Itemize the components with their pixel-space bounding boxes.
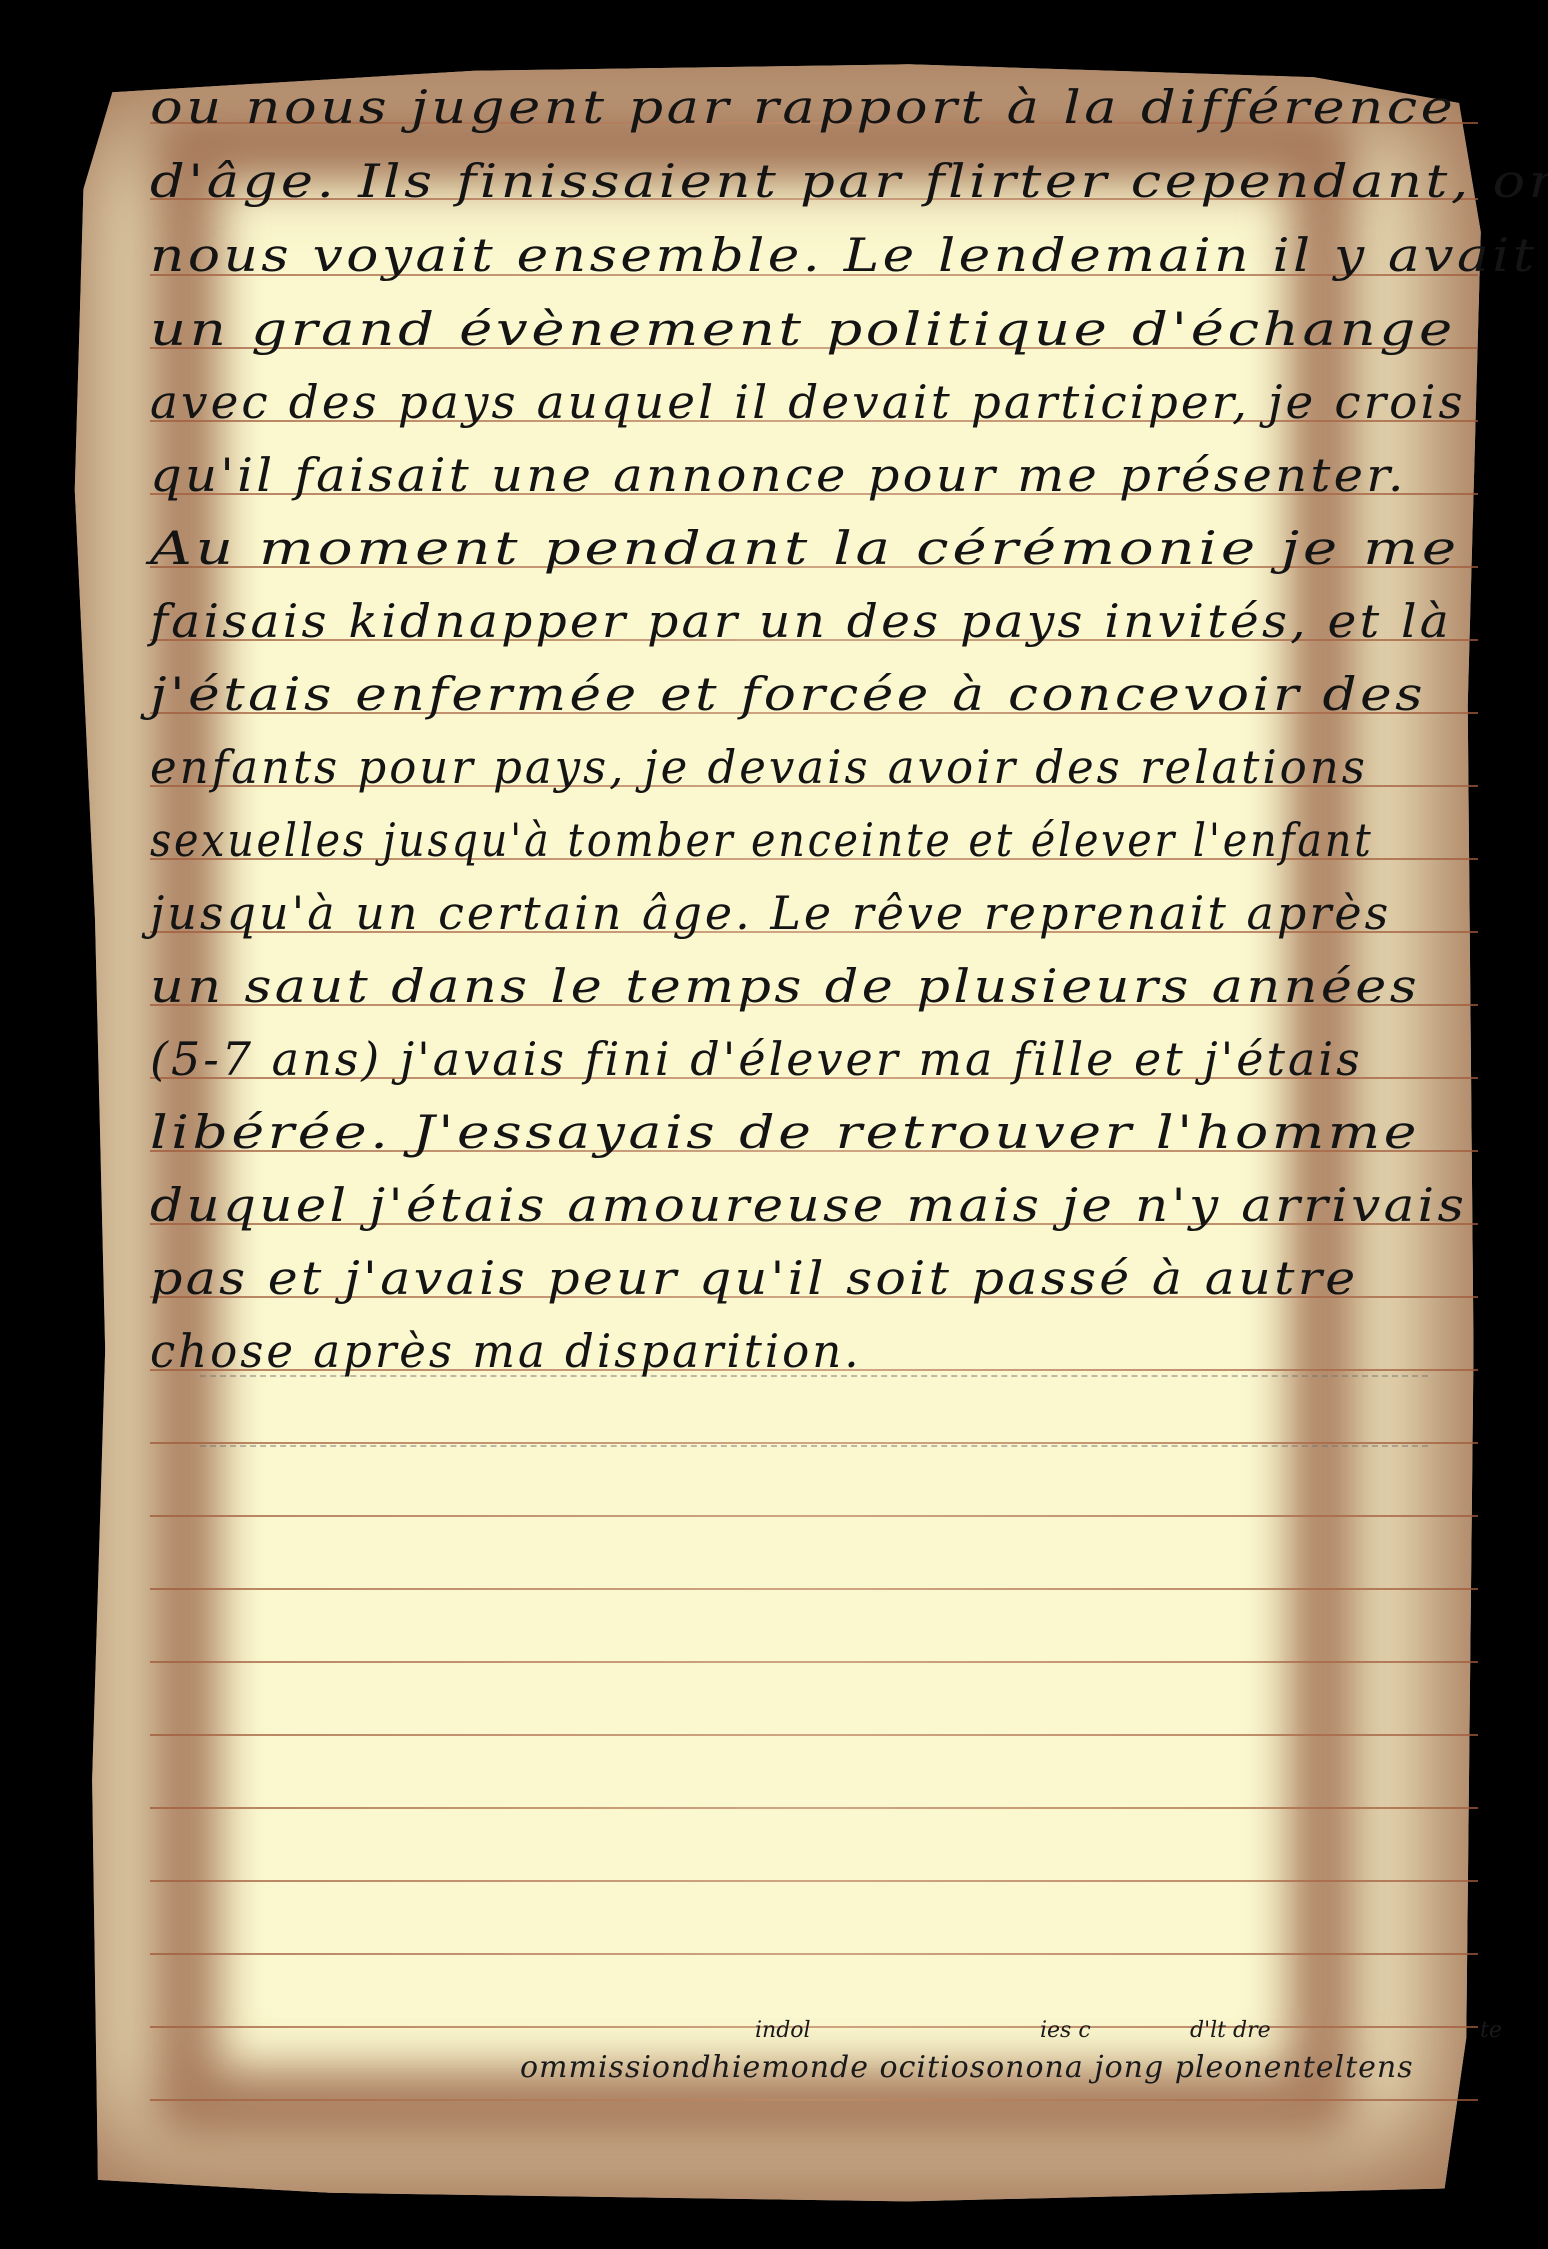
text-line: (5-7 ans) j'avais fini d'élever ma fille… [150,1032,1363,1086]
rule-line [150,1661,1478,1663]
rule-line [150,1953,1478,1955]
text-line: un saut dans le temps de plusieurs année… [150,959,1420,1013]
bottom-scribble: ommissiondhiemonde ocitiosonona jong ple… [520,2050,1414,2085]
text-line: pas et j'avais peur qu'il soit passé à a… [150,1251,1359,1305]
text-line: faisais kidnapper par un des pays invité… [150,594,1452,648]
rule-line [150,1515,1478,1517]
text-line: un grand évènement politique d'échange [150,302,1456,356]
text-line: Au moment pendant la cérémonie je me [150,521,1460,575]
bottom-scribble-fragment: te [1480,2018,1502,2043]
text-line: sexuelles jusqu'à tomber enceinte et éle… [150,813,1373,867]
rule-line [150,2099,1478,2101]
text-line: jusqu'à un certain âge. Le rêve reprenai… [150,886,1391,940]
text-line: avec des pays auquel il devait participe… [150,375,1466,429]
text-line: libérée. J'essayais de retrouver l'homme [150,1105,1420,1159]
text-line: qu'il faisait une annonce pour me présen… [150,448,1407,502]
text-line: enfants pour pays, je devais avoir des r… [150,740,1368,794]
bottom-scribble-fragment: d'lt dre [1190,2018,1271,2043]
rule-line [150,1734,1478,1736]
text-line: chose après ma disparition. [150,1324,861,1378]
text-line: d'âge. Ils finissaient par flirter cepen… [150,154,1548,208]
rule-line [150,1588,1478,1590]
rule-line [150,1880,1478,1882]
rule-line [150,1807,1478,1809]
rule-line [150,2026,1478,2028]
bottom-scribble-fragment: ies c [1040,2018,1091,2043]
text-line: j'étais enfermée et forcée à concevoir d… [150,667,1426,721]
rule-line [150,1442,1478,1444]
guide-line [200,1445,1428,1448]
text-line: nous voyait ensemble. Le lendemain il y … [150,228,1538,282]
text-line: ou nous jugent par rapport à la différen… [150,80,1456,134]
text-line: duquel j'étais amoureuse mais je n'y arr… [150,1178,1467,1232]
bottom-scribble-fragment: indol [755,2018,811,2043]
